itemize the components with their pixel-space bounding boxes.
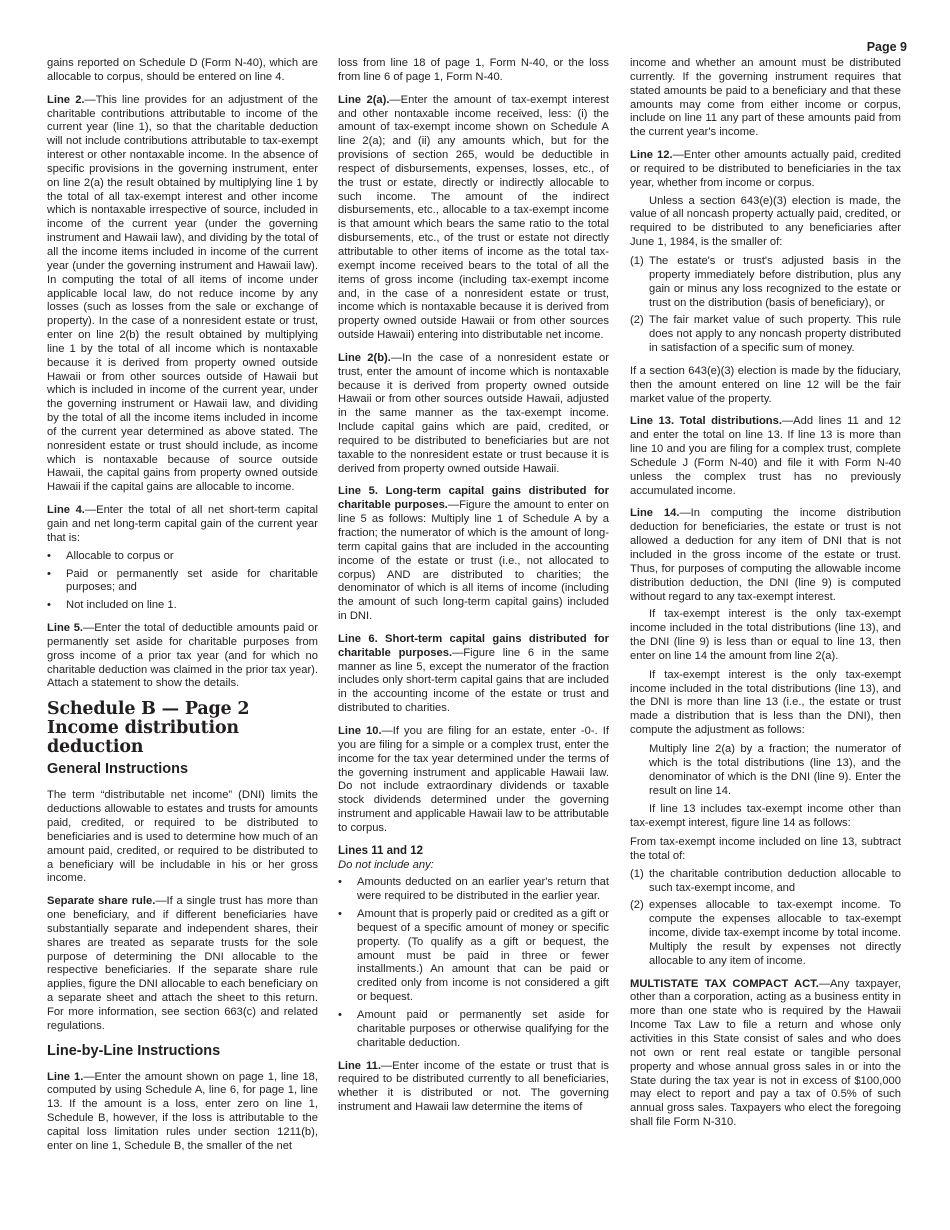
dni-definition: The term “distributable net income” (DNI… bbox=[47, 789, 318, 886]
line-4-instruction: Line 4.—Enter the total of all net short… bbox=[47, 504, 318, 546]
paragraph-continued: income and whether an amount must be dis… bbox=[630, 57, 901, 140]
line-5-label: Line 5. bbox=[47, 622, 83, 634]
general-instructions-heading: General Instructions bbox=[47, 761, 318, 778]
line-14-indented-block: Multiply line 2(a) by a fraction; the nu… bbox=[630, 743, 901, 798]
line-4-bullets: Allocable to corpus or Paid or permanent… bbox=[47, 550, 318, 613]
line-2-instruction: Line 2.—This line provides for an adjust… bbox=[47, 94, 318, 495]
list-item: Not included on line 1. bbox=[47, 599, 318, 613]
list-item: Amounts deducted on an earlier year's re… bbox=[338, 876, 609, 904]
multistate-tax-compact-act: MULTISTATE TAX COMPACT ACT.—Any taxpayer… bbox=[630, 978, 901, 1130]
line-14-instruction: Line 14.—In computing the income distrib… bbox=[630, 507, 901, 604]
line-4-label: Line 4. bbox=[47, 504, 85, 516]
subtract-list: (1)the charitable contribution deduction… bbox=[630, 868, 901, 969]
column-left: gains reported on Schedule D (Form N-40)… bbox=[47, 57, 318, 1163]
line-2-label: Line 2. bbox=[47, 94, 85, 106]
schedule-b-heading: Schedule B — Page 2 Income distribution … bbox=[47, 700, 318, 757]
list-item: (2)The fair market value of such propert… bbox=[630, 314, 901, 356]
list-item: (1)the charitable contribution deduction… bbox=[630, 868, 901, 896]
line-14-label: Line 14. bbox=[630, 507, 679, 519]
noncash-property-paragraph: Unless a section 643(e)(3) election is m… bbox=[630, 195, 901, 250]
line-2b-label: Line 2(b). bbox=[338, 352, 391, 364]
smaller-of-list: (1)The estate's or trust's adjusted basi… bbox=[630, 255, 901, 356]
line-5-long-term-instruction: Line 5. Long-term capital gains distribu… bbox=[338, 485, 609, 623]
line-2a-instruction: Line 2(a).—Enter the amount of tax-exemp… bbox=[338, 94, 609, 343]
separate-share-rule: Separate share rule.—If a single trust h… bbox=[47, 895, 318, 1033]
line-13-instruction: Line 13. Total distributions.—Add lines … bbox=[630, 415, 901, 498]
line-2a-label: Line 2(a). bbox=[338, 94, 389, 106]
lines-11-12-subheading: Do not include any: bbox=[338, 859, 609, 873]
line-11-label: Line 11. bbox=[338, 1060, 381, 1072]
separate-share-label: Separate share rule. bbox=[47, 895, 155, 907]
subtract-paragraph: From tax-exempt income included on line … bbox=[630, 836, 901, 864]
list-item: Amount that is properly paid or credited… bbox=[338, 908, 609, 1005]
line-6-short-term-instruction: Line 6. Short-term capital gains distrib… bbox=[338, 633, 609, 716]
line-by-line-heading: Line-by-Line Instructions bbox=[47, 1043, 318, 1060]
line-14-paragraph: If line 13 includes tax-exempt income ot… bbox=[630, 803, 901, 831]
paragraph-continued: gains reported on Schedule D (Form N-40)… bbox=[47, 57, 318, 85]
line-12-label: Line 12. bbox=[630, 149, 673, 161]
line-11-instruction: Line 11.—Enter income of the estate or t… bbox=[338, 1060, 609, 1115]
lines-11-12-bullets: Amounts deducted on an earlier year's re… bbox=[338, 876, 609, 1050]
lines-11-12-heading: Lines 11 and 12 bbox=[338, 845, 609, 859]
line-12-instruction: Line 12.—Enter other amounts actually pa… bbox=[630, 149, 901, 191]
paragraph-continued: loss from line 18 of page 1, Form N-40, … bbox=[338, 57, 609, 85]
line-2b-instruction: Line 2(b).—In the case of a nonresident … bbox=[338, 352, 609, 477]
election-paragraph: If a section 643(e)(3) election is made … bbox=[630, 365, 901, 407]
line-14-paragraph: If tax-exempt interest is the only tax-e… bbox=[630, 608, 901, 663]
column-right: income and whether an amount must be dis… bbox=[630, 57, 901, 1139]
list-item: Paid or permanently set aside for charit… bbox=[47, 568, 318, 596]
line-13-label: Line 13. Total distributions. bbox=[630, 415, 782, 427]
list-item: (2)expenses allocable to tax-exempt inco… bbox=[630, 899, 901, 968]
page-number: Page 9 bbox=[867, 40, 907, 54]
mtc-label: MULTISTATE TAX COMPACT ACT. bbox=[630, 978, 819, 990]
line-10-instruction: Line 10.—If you are filing for an estate… bbox=[338, 725, 609, 836]
line-14-paragraph: If tax-exempt interest is the only tax-e… bbox=[630, 669, 901, 738]
list-item: Allocable to corpus or bbox=[47, 550, 318, 564]
list-item: Amount paid or permanently set aside for… bbox=[338, 1009, 609, 1051]
line-1-instruction: Line 1.—Enter the amount shown on page 1… bbox=[47, 1071, 318, 1154]
line-1-label: Line 1. bbox=[47, 1071, 83, 1083]
line-10-label: Line 10. bbox=[338, 725, 382, 737]
list-item: (1)The estate's or trust's adjusted basi… bbox=[630, 255, 901, 310]
line-5-instruction: Line 5.—Enter the total of deductible am… bbox=[47, 622, 318, 691]
column-middle: loss from line 18 of page 1, Form N-40, … bbox=[338, 57, 609, 1124]
